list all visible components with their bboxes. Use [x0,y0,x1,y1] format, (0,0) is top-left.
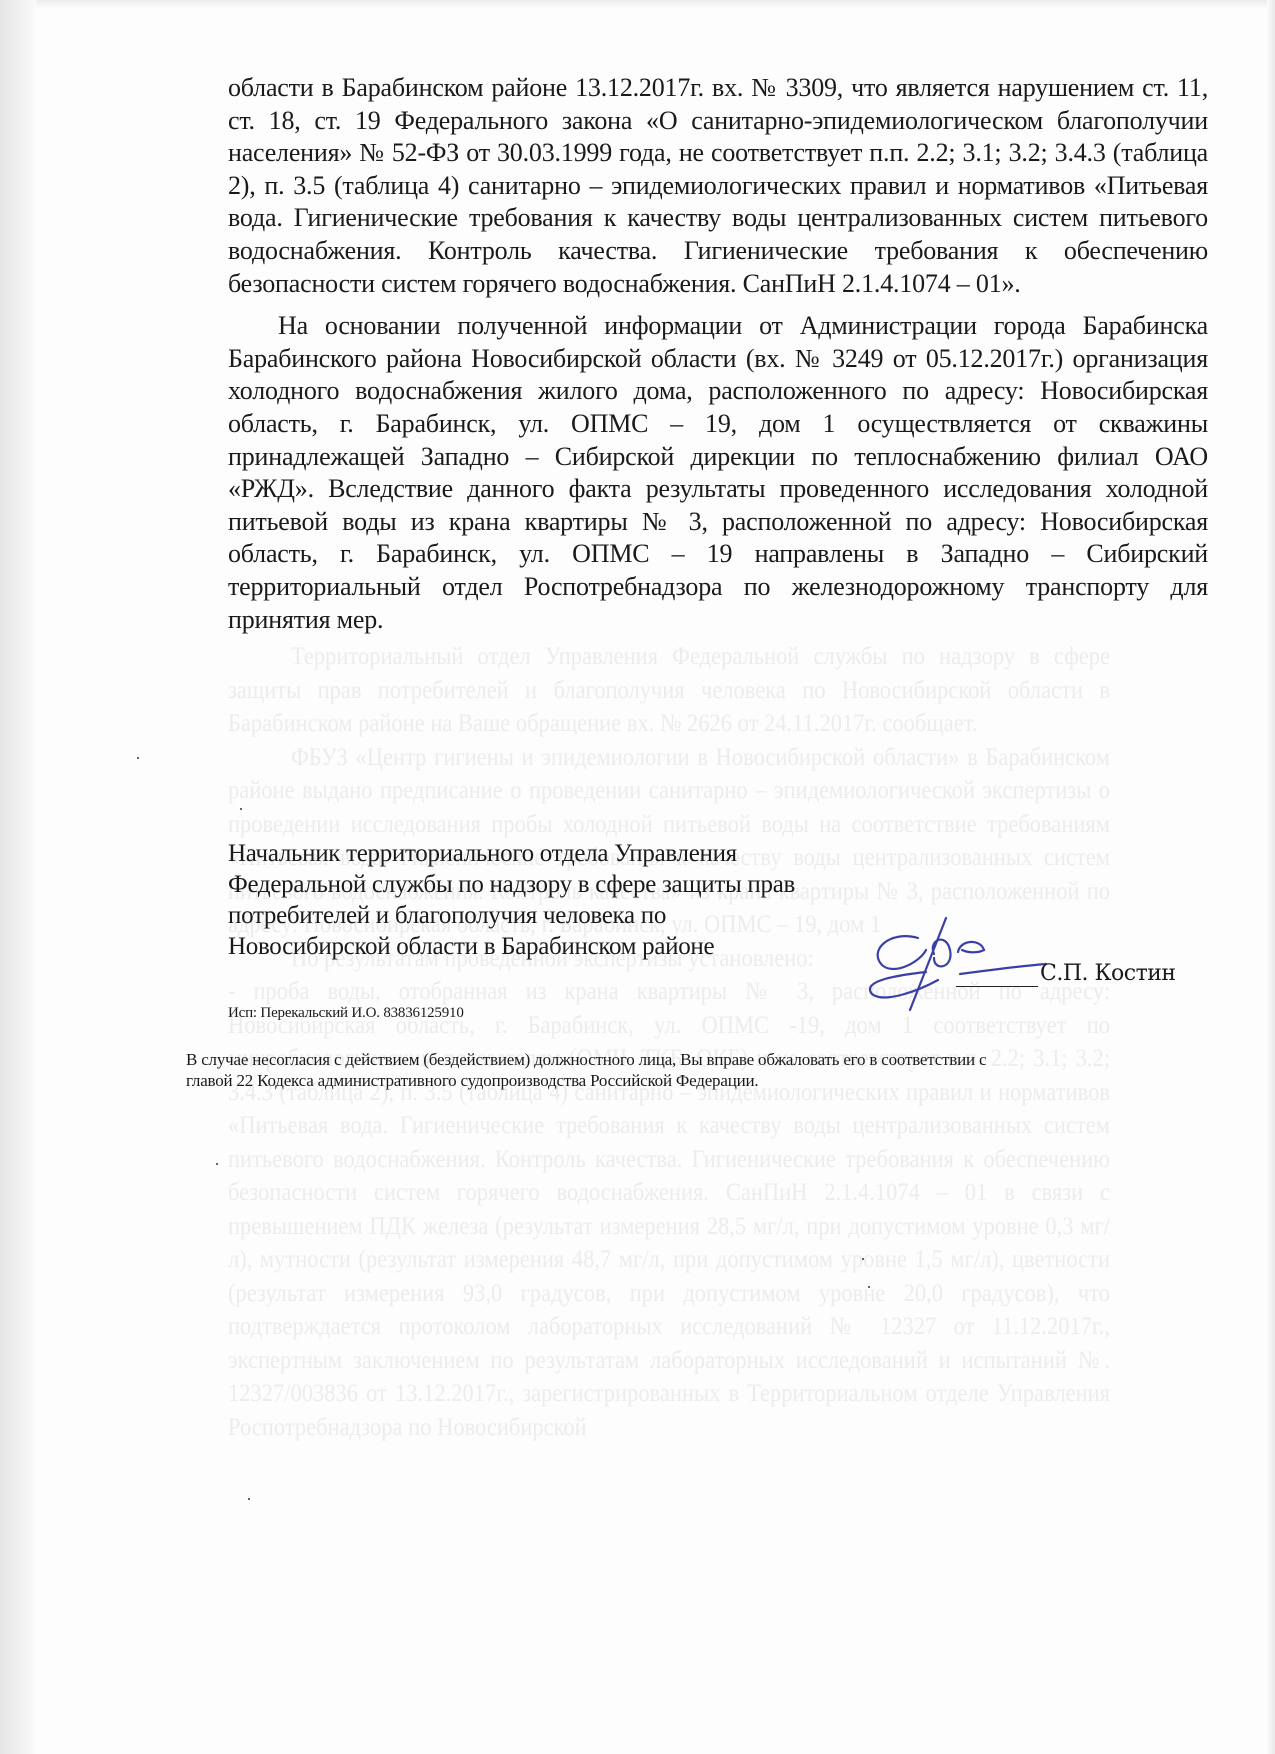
signer-position-line: потребителей и благополучия человека по [228,900,1208,931]
letter-body: области в Барабинском районе 13.12.2017г… [228,72,1208,636]
scan-left-edge [0,0,36,1754]
executor-contact: Исп: Перекальский И.О. 83836125910 [228,1005,464,1022]
appeal-note-line: В случае несогласия с действием (бездейс… [186,1049,1186,1070]
bleed-through-paragraph: Территориальный отдел Управления Федерал… [228,640,1110,741]
bleed-through-paragraph: - проба воды, отобранная из крана кварти… [228,975,1110,1444]
signature-underline [956,986,1038,987]
body-paragraph-water-supply: На основании полученной информации от Ад… [228,310,1208,636]
scan-right-edge [1267,0,1275,1754]
signature-block: Начальник территориального отдела Управл… [228,838,1208,962]
signer-position-line: Начальник территориального отдела Управл… [228,838,1208,869]
handwritten-signature-icon [850,910,1050,1030]
signer-position-line: Новосибирской области в Барабинском райо… [228,931,1208,962]
body-paragraph-violation: области в Барабинском районе 13.12.2017г… [228,72,1208,300]
signer-position-line: Федеральной службы по надзору в сфере за… [228,869,1208,900]
signer-name: С.П. Костин [1040,961,1176,986]
bleed-through-text: Территориальный отдел Управления Федерал… [228,640,1110,1444]
appeal-note-line: главой 22 Кодекса административного судо… [186,1070,1186,1091]
scan-top-edge [0,0,1275,8]
appeal-note: В случае несогласия с действием (бездейс… [186,1049,1186,1091]
